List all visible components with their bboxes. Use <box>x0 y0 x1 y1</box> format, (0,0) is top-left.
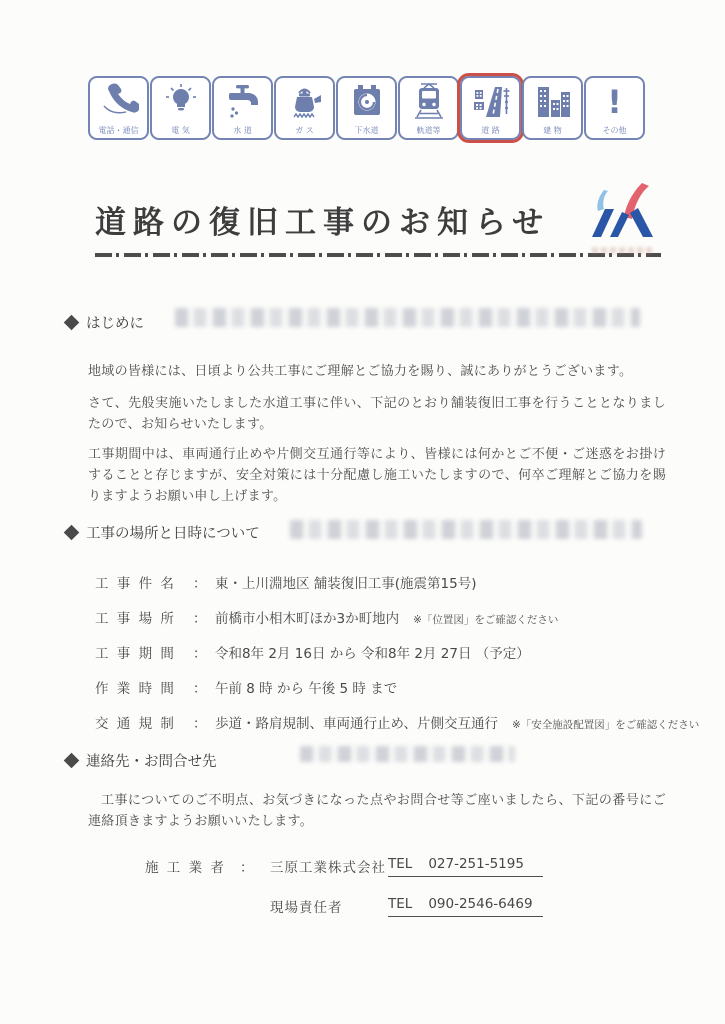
detail-row-traffic: 交 通 規 制：歩道・路肩規制、車両通行止め、片側交互通行※「安全施設配置図」を… <box>95 712 670 732</box>
faucet-icon <box>222 81 264 123</box>
detail-row-place: 工 事 場 所：前橋市小相木町ほか3か町地内※「位置図」をご確認ください <box>95 607 670 627</box>
category-label: 電 気 <box>171 127 190 135</box>
logo-caption-blur <box>592 247 654 254</box>
category-other: ! その他 <box>584 76 645 140</box>
contact-label: 施 工 業 者 <box>145 856 226 876</box>
contact-paragraph: 工事についてのご不明点、お気づきになった点やお問合せ等ご座いましたら、下記の番号… <box>88 790 666 832</box>
scanned-notice-page: 電話・通信 電 気 水 道 ガ ス 下水道 <box>0 0 725 1024</box>
contact-company-name: 三原工業株式会社 <box>270 856 386 876</box>
contact-row-site-manager: 現場責任者 TEL 090-2546-6469 <box>145 896 665 922</box>
utility-icon-bar: 電話・通信 電 気 水 道 ガ ス 下水道 <box>88 76 645 140</box>
contact-row-contractor: 施 工 業 者 ： 三原工業株式会社 TEL 027-251-5195 <box>145 856 665 882</box>
contact-person-title: 現場責任者 <box>270 896 343 916</box>
category-label: 水 道 <box>233 127 252 135</box>
category-label: 電話・通信 <box>99 127 139 135</box>
road-icon <box>470 81 512 123</box>
section-heading-text: 連絡先・お問合せ先 <box>86 750 217 771</box>
detail-label: 工 事 件 名 <box>95 572 193 592</box>
category-label: 道 路 <box>481 127 500 135</box>
detail-value: 午前 8 時 から 午後 5 時 まで <box>215 681 397 697</box>
exclamation-icon: ! <box>594 81 636 123</box>
diamond-bullet-icon <box>64 753 80 769</box>
detail-colon: ： <box>193 677 215 697</box>
contact-tel: TEL 090-2546-6469 <box>388 896 543 917</box>
section-heading-details: 工事の場所と日時について <box>66 522 260 543</box>
intro-paragraph-1: 地域の皆様には、日頃より公共工事にご理解とご協力を賜り、誠にありがとうございます… <box>88 361 666 382</box>
diamond-bullet-icon <box>64 315 80 331</box>
sewer-icon <box>346 81 388 123</box>
detail-colon: ： <box>193 607 215 627</box>
detail-value: 前橋市小相木町ほか3か町地内 <box>215 611 399 627</box>
category-building: 建 物 <box>522 76 583 140</box>
section-heading-text: はじめに <box>86 312 144 333</box>
section-heading-contact: 連絡先・お問合せ先 <box>66 750 217 771</box>
category-electric: 電 気 <box>150 76 211 140</box>
detail-value: 歩道・路肩規制、車両通行止め、片側交互通行 <box>215 716 498 732</box>
category-label: 下水道 <box>355 127 379 135</box>
title-dashed-rule <box>95 253 661 257</box>
category-sewer: 下水道 <box>336 76 397 140</box>
bleed-through-text <box>290 520 642 539</box>
category-label: 建 物 <box>543 127 562 135</box>
category-road-selected: 道 路 <box>460 76 521 140</box>
category-water: 水 道 <box>212 76 273 140</box>
tel-label: TEL <box>388 856 412 872</box>
contact-tel: TEL 027-251-5195 <box>388 856 543 877</box>
detail-label: 作 業 時 間 <box>95 677 193 697</box>
contact-colon: ： <box>240 856 254 876</box>
tel-number: 027-251-5195 <box>428 856 524 872</box>
train-icon <box>408 81 450 123</box>
detail-value: 令和8年 2月 16日 から 令和8年 2月 27日 （予定） <box>215 646 530 662</box>
detail-colon: ： <box>193 712 215 732</box>
diamond-bullet-icon <box>64 525 80 541</box>
detail-row-name: 工 事 件 名：東・上川淵地区 舗装復旧工事(施震第15号) <box>95 572 670 592</box>
detail-colon: ： <box>193 572 215 592</box>
category-phone: 電話・通信 <box>88 76 149 140</box>
building-icon <box>532 81 574 123</box>
bulb-icon <box>160 81 202 123</box>
category-label: ガ ス <box>295 127 314 135</box>
category-label: その他 <box>603 127 627 135</box>
tel-number: 090-2546-6469 <box>428 896 532 912</box>
detail-label: 交 通 規 制 <box>95 712 193 732</box>
company-logo <box>583 181 663 247</box>
intro-paragraph-3: 工事期間中は、車両通行止めや片側交互通行等により、皆様には何かとご不便・ご迷惑を… <box>88 444 666 507</box>
section-heading-intro: はじめに <box>66 312 144 333</box>
detail-row-hours: 作 業 時 間：午前 8 時 から 午後 5 時 まで <box>95 677 670 697</box>
bleed-through-text <box>300 746 515 762</box>
detail-label: 工 事 場 所 <box>95 607 193 627</box>
category-label: 軌道等 <box>417 127 441 135</box>
detail-note: ※「安全施設配置図」をご確認ください <box>512 719 699 731</box>
detail-colon: ： <box>193 642 215 662</box>
category-gas: ガ ス <box>274 76 335 140</box>
section-heading-text: 工事の場所と日時について <box>86 522 260 543</box>
category-rail: 軌道等 <box>398 76 459 140</box>
detail-row-period: 工 事 期 間：令和8年 2月 16日 から 令和8年 2月 27日 （予定） <box>95 642 670 662</box>
page-title: 道路の復旧工事のお知らせ <box>95 197 550 242</box>
bleed-through-text <box>175 308 640 327</box>
detail-note: ※「位置図」をご確認ください <box>413 614 558 626</box>
intro-paragraph-2: さて、先般実施いたしました水道工事に伴い、下記のとおり舗装復旧工事を行うこととな… <box>88 393 666 435</box>
detail-value: 東・上川淵地区 舗装復旧工事(施震第15号) <box>215 576 477 592</box>
phone-icon <box>98 81 140 123</box>
tel-label: TEL <box>388 896 412 912</box>
kettle-icon <box>284 81 326 123</box>
detail-label: 工 事 期 間 <box>95 642 193 662</box>
